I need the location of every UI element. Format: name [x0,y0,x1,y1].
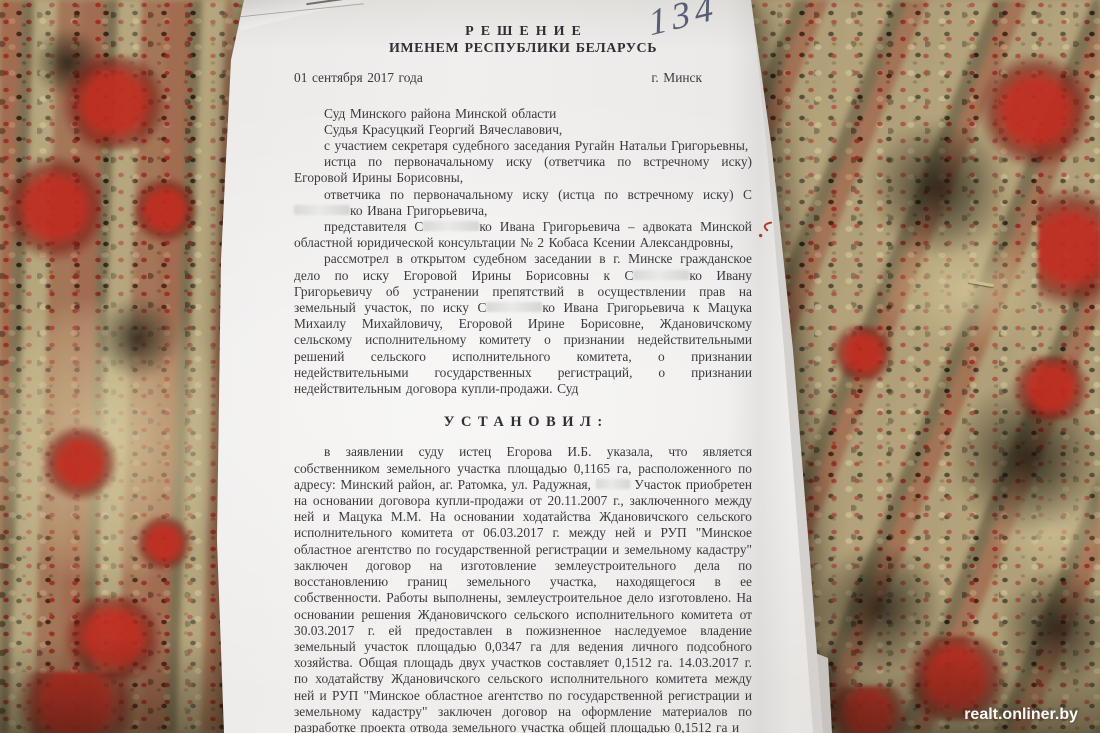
document-paragraph: Суд Минского района Минской области [294,106,752,122]
document-paragraph: с участием секретаря судебного заседания… [294,138,752,154]
document-paragraph: в заявлении суду истец Егорова И.Б. указ… [294,444,752,733]
document-paragraph: истца по первоначальному иску (ответчика… [294,154,752,186]
document-city: г. Минск [651,70,702,86]
document-subtitle: ИМЕНЕМ РЕСПУБЛИКИ БЕЛАРУСЬ [294,41,752,57]
document-paragraph: рассмотрел в открытом судебном заседании… [294,251,752,397]
watermark: realt.onliner.by [964,706,1078,724]
redacted-text [294,205,350,215]
intro-paragraphs: Суд Минского района Минской областиСудья… [294,106,752,398]
document-paragraph: представителя Ско Ивана Григорьевича – а… [294,219,752,251]
body-paragraphs: в заявлении суду истец Егорова И.Б. указ… [294,444,752,733]
photo-scene: РЕШЕНИЕ ИМЕНЕМ РЕСПУБЛИКИ БЕЛАРУСЬ 01 се… [0,0,1100,733]
redacted-text [486,302,542,312]
document-stack: РЕШЕНИЕ ИМЕНЕМ РЕСПУБЛИКИ БЕЛАРУСЬ 01 се… [0,0,1100,733]
redacted-text [423,221,479,231]
redacted-text [633,270,689,280]
red-pen-squiggle-icon [756,218,774,242]
section-heading: УСТАНОВИЛ: [294,414,752,430]
document-content: РЕШЕНИЕ ИМЕНЕМ РЕСПУБЛИКИ БЕЛАРУСЬ 01 се… [294,24,752,733]
document-paragraph: ответчика по первоначальному иску (истца… [294,187,752,219]
red-pen-mark [756,218,775,247]
document-paragraph: Судья Красуцкий Георгий Вячеславович, [294,122,752,138]
document-sheet: РЕШЕНИЕ ИМЕНЕМ РЕСПУБЛИКИ БЕЛАРУСЬ 01 се… [0,0,1100,733]
redacted-text [596,479,630,489]
document-date: 01 сентября 2017 года [294,70,423,86]
date-row: 01 сентября 2017 года г. Минск [294,70,752,86]
